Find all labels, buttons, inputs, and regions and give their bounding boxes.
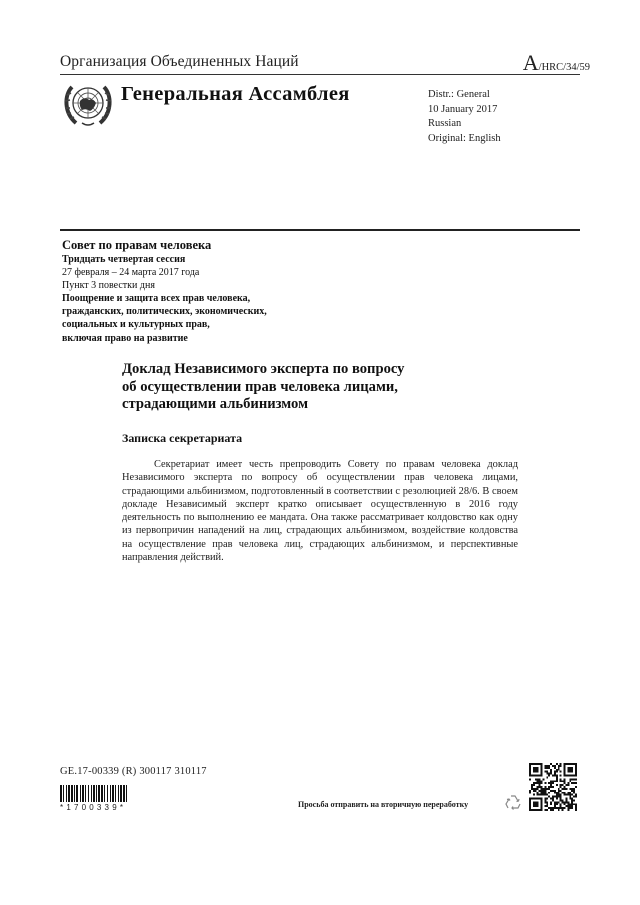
session-info: Совет по правам человека Тридцать четвер… <box>62 237 267 345</box>
symbol-rest: /HRC/34/59 <box>539 62 590 73</box>
organization-name: Организация Объединенных Наций <box>60 53 299 71</box>
session-name: Тридцать четвертая сессия <box>62 253 267 266</box>
note-title: Записка секретариата <box>122 431 242 446</box>
agenda-item: Пункт 3 повестки дня <box>62 279 267 292</box>
recycle-text: Просьба отправить на вторичную переработ… <box>298 800 468 809</box>
distribution-type: Distr.: General <box>428 88 501 103</box>
un-emblem-icon <box>62 81 114 127</box>
qr-code-icon <box>529 763 577 811</box>
document-number: GE.17-00339 (R) 300117 310117 <box>60 766 207 777</box>
distribution-date: 10 January 2017 <box>428 103 501 118</box>
title-line: Доклад Независимого эксперта по вопросу <box>122 361 542 379</box>
summary-paragraph: Секретариат имеет честь препроводить Сов… <box>122 458 518 564</box>
council-name: Совет по правам человека <box>62 237 267 253</box>
original-language: Original: English <box>428 132 501 147</box>
title-line: страдающими альбинизмом <box>122 396 542 414</box>
agenda-title-line: включая право на развитие <box>62 332 267 345</box>
recycle-icon <box>503 793 523 813</box>
distribution-block: Distr.: General 10 January 2017 Russian … <box>428 88 501 146</box>
document-language: Russian <box>428 117 501 132</box>
agenda-title-line: гражданских, политических, экономических… <box>62 305 267 318</box>
document-title: Доклад Независимого эксперта по вопросу … <box>122 361 542 414</box>
header-rule <box>60 74 580 75</box>
title-line: об осуществлении прав человека лицами, <box>122 379 542 397</box>
document-symbol: A/HRC/34/59 <box>523 50 590 76</box>
section-rule <box>60 229 580 231</box>
agenda-title-line: социальных и культурных прав, <box>62 318 267 331</box>
session-dates: 27 февраля – 24 марта 2017 года <box>62 266 267 279</box>
barcode-text: *1700339* <box>60 803 126 812</box>
barcode-icon <box>60 785 153 802</box>
symbol-prefix: A <box>523 50 539 75</box>
assembly-title: Генеральная Ассамблея <box>121 83 350 106</box>
agenda-title-line: Поощрение и защита всех прав человека, <box>62 292 267 305</box>
